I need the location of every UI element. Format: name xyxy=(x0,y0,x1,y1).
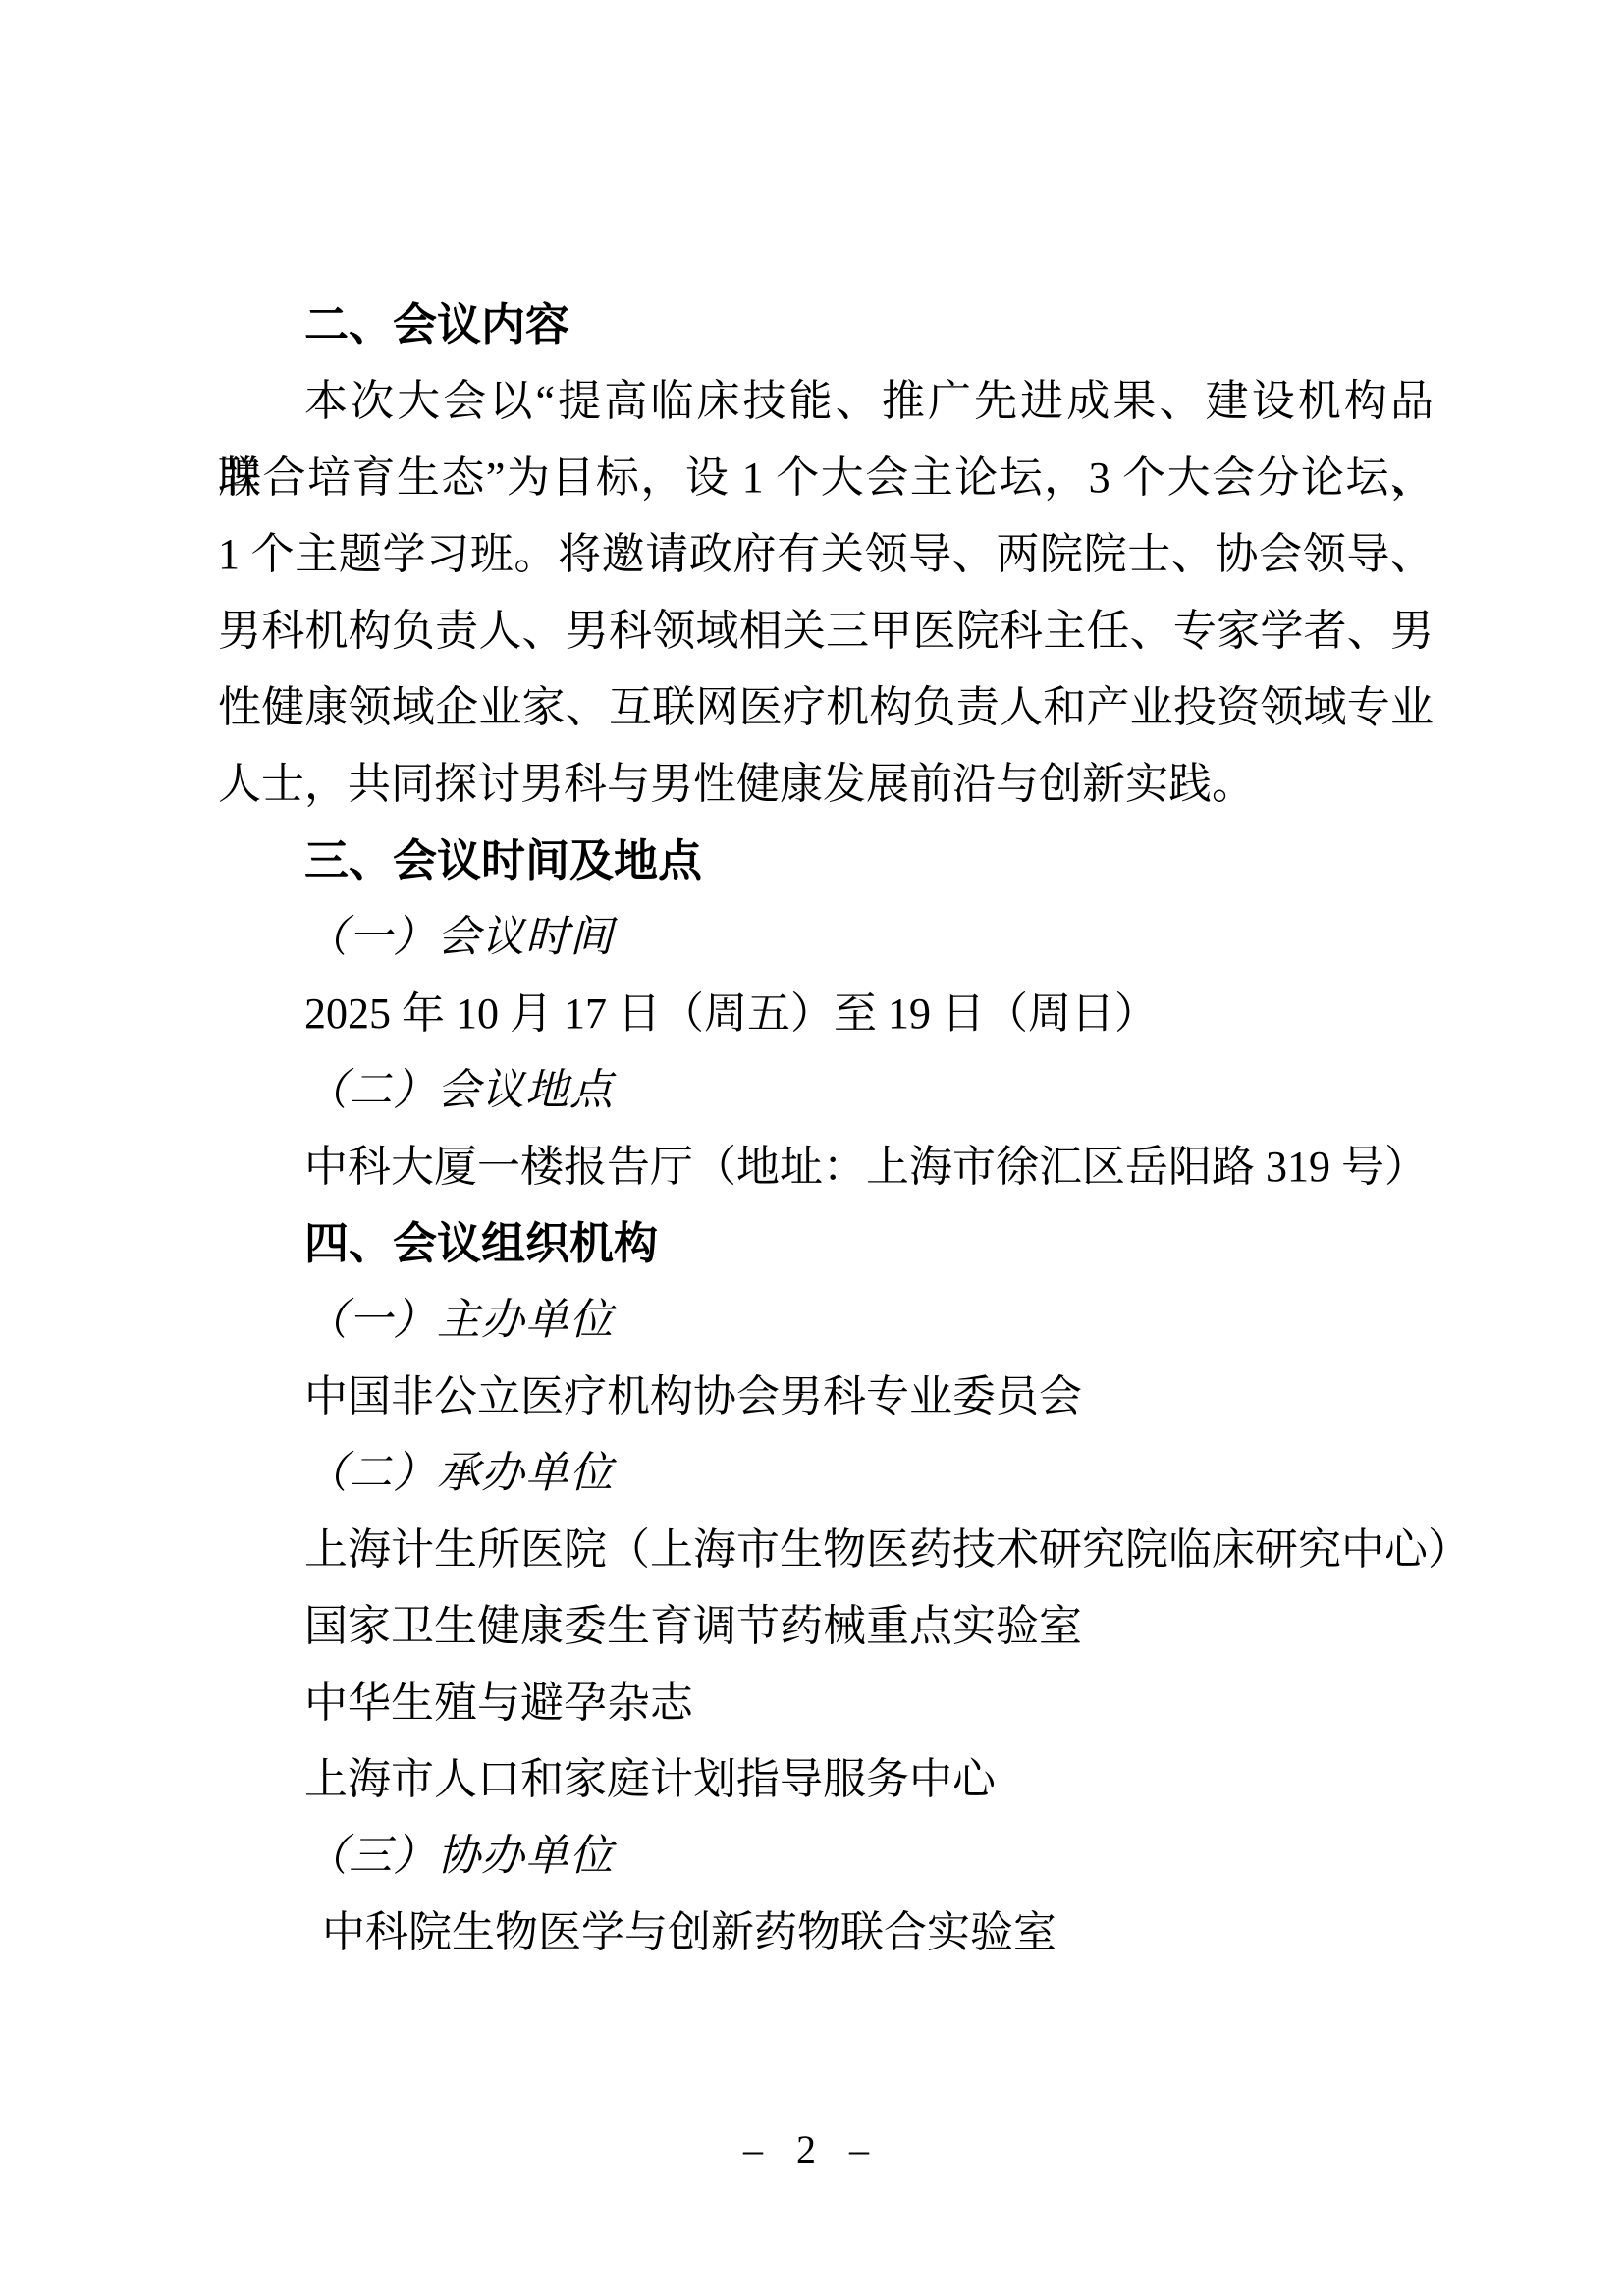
section-4-heading: 四、会议组织机构 xyxy=(218,1205,1434,1282)
para-line: 男科机构负责人、男科领域相关三甲医院科主任、专家学者、男 xyxy=(218,593,1434,669)
org-line: 中华生殖与避孕杂志 xyxy=(218,1665,1434,1741)
meeting-place-value: 中科大厦一楼报告厅（地址：上海市徐汇区岳阳路 319 号） xyxy=(218,1129,1434,1205)
org-line: 国家卫生健康委生育调节药械重点实验室 xyxy=(218,1588,1434,1665)
document-body: 二、会议内容 本次大会以“提高临床技能、推广先进成果、建设机构品牌、 联合培育生… xyxy=(218,287,1434,1971)
org-line: 上海市人口和家庭计划指导服务中心 xyxy=(218,1741,1434,1818)
document-page: 二、会议内容 本次大会以“提高临床技能、推广先进成果、建设机构品牌、 联合培育生… xyxy=(0,0,1624,2296)
org-line: 中国非公立医疗机构协会男科专业委员会 xyxy=(218,1359,1434,1435)
org-line: 上海计生所医院（上海市生物医药技术研究院临床研究中心） xyxy=(218,1512,1434,1588)
para-line: 人士，共同探讨男科与男性健康发展前沿与创新实践。 xyxy=(218,746,1434,823)
meeting-time-value: 2025 年 10 月 17 日（周五）至 19 日（周日） xyxy=(218,976,1434,1052)
section-2-heading: 二、会议内容 xyxy=(218,287,1434,363)
meeting-time-label: （一）会议时间 xyxy=(218,899,1434,976)
page-number: – 2 – xyxy=(0,2126,1624,2173)
meeting-place-label: （二）会议地点 xyxy=(218,1052,1434,1129)
host-unit-label: （一）主办单位 xyxy=(218,1282,1434,1359)
para-line: 1 个主题学习班。将邀请政府有关领导、两院院士、协会领导、 xyxy=(218,516,1434,593)
para-line: 本次大会以“提高临床技能、推广先进成果、建设机构品牌、 xyxy=(218,363,1434,440)
section-3-heading: 三、会议时间及地点 xyxy=(218,823,1434,899)
para-line: 联合培育生态”为目标，设 1 个大会主论坛，3 个大会分论坛， xyxy=(218,440,1434,516)
para-line: 性健康领域企业家、互联网医疗机构负责人和产业投资领域专业 xyxy=(218,669,1434,746)
org-line: 中科院生物医学与创新药物联合实验室 xyxy=(218,1895,1434,1971)
organizer-unit-label: （二）承办单位 xyxy=(218,1435,1434,1512)
co-organizer-unit-label: （三）协办单位 xyxy=(218,1818,1434,1895)
